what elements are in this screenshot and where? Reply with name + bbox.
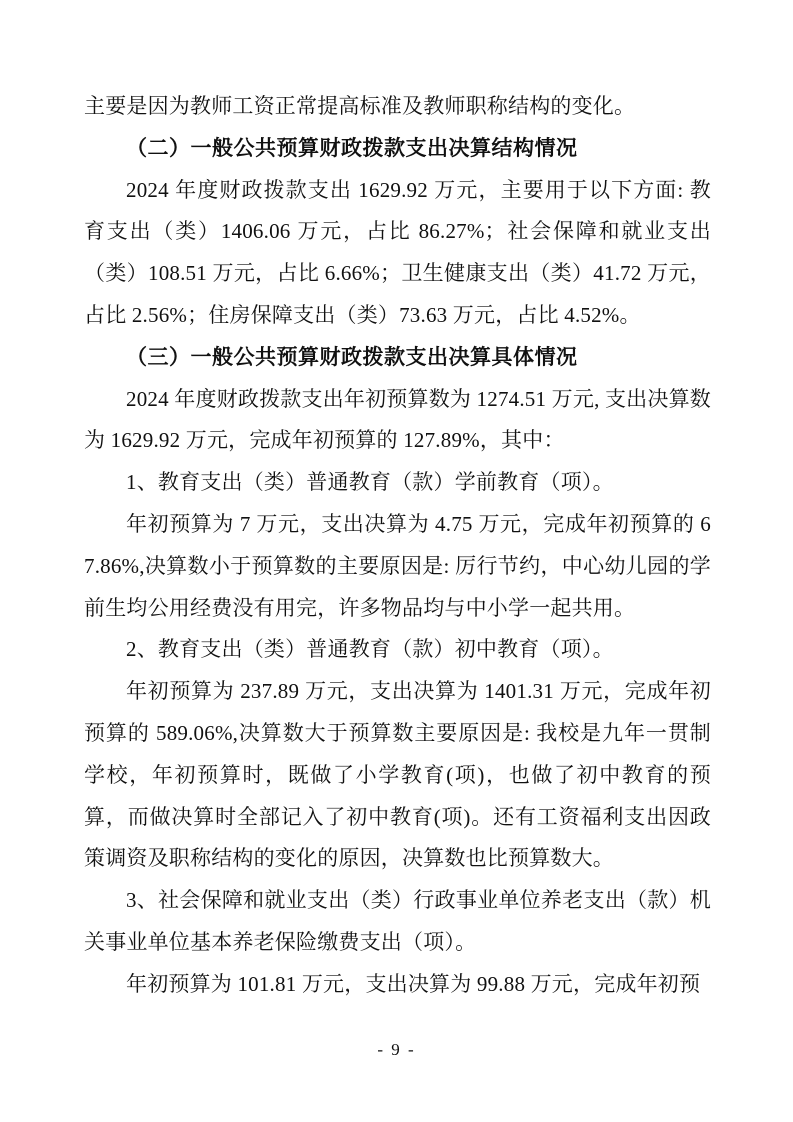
section-heading-2: （二）一般公共预算财政拨款支出决算结构情况: [84, 128, 711, 170]
section-heading-3: （三）一般公共预算财政拨款支出决算具体情况: [84, 337, 711, 379]
paragraph-expenditure-structure: 2024 年度财政拨款支出 1629.92 万元，主要用于以下方面: 教育支出（…: [84, 170, 711, 337]
document-page: 主要是因为教师工资正常提高标准及教师职称结构的变化。 （二）一般公共预算财政拨款…: [0, 0, 793, 1122]
paragraph-item-3-detail: 年初预算为 101.81 万元，支出决算为 99.88 万元，完成年初预: [84, 964, 711, 1006]
page-number: - 9 -: [0, 1038, 793, 1062]
paragraph-item-3-title: 3、社会保障和就业支出（类）行政事业单位养老支出（款）机关事业单位基本养老保险缴…: [84, 880, 711, 964]
document-body: 主要是因为教师工资正常提高标准及教师职称结构的变化。 （二）一般公共预算财政拨款…: [84, 86, 711, 1006]
paragraph-item-1-title: 1、教育支出（类）普通教育（款）学前教育（项）。: [84, 462, 711, 504]
paragraph-item-2-title: 2、教育支出（类）普通教育（款）初中教育（项）。: [84, 629, 711, 671]
paragraph-item-2-detail: 年初预算为 237.89 万元，支出决算为 1401.31 万元，完成年初预算的…: [84, 671, 711, 880]
continuation-paragraph: 主要是因为教师工资正常提高标准及教师职称结构的变化。: [84, 86, 711, 128]
paragraph-item-1-detail: 年初预算为 7 万元，支出决算为 4.75 万元，完成年初预算的 67.86%,…: [84, 504, 711, 629]
paragraph-budget-summary: 2024 年度财政拨款支出年初预算数为 1274.51 万元, 支出决算数为 1…: [84, 379, 711, 463]
